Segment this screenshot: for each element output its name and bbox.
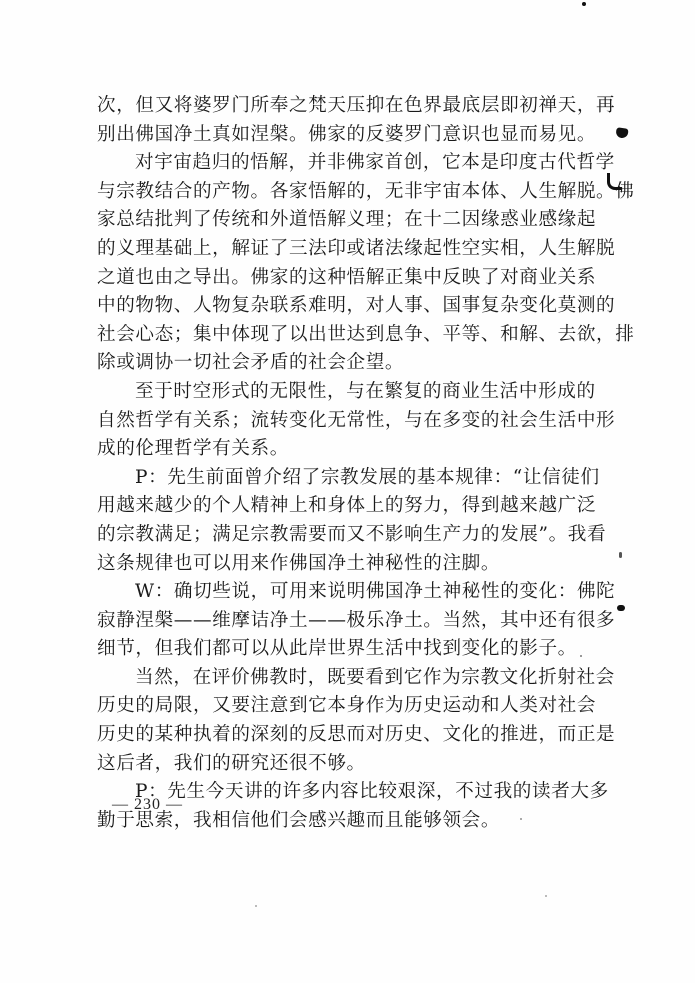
text-line: 这条规律也可以用来作佛国净土神秘性的注脚。	[97, 550, 567, 579]
text-line: 家总结批判了传统和外道悟解义理；在十二因缘惑业感缘起	[97, 206, 567, 235]
scan-speck	[545, 895, 547, 897]
scan-speck	[580, 655, 582, 657]
scan-blot	[607, 173, 622, 190]
text-line: 细节，但我们都可以从此岸世界生活中找到变化的影子。	[97, 635, 567, 664]
scan-speck	[619, 552, 622, 558]
text-line: 中的物物、人物复杂联系难明，对人事、国事复杂变化莫测的	[97, 292, 567, 321]
scan-blot	[615, 127, 628, 139]
scanned-page: 次，但又将婆罗门所奉之梵天压抑在色界最底层即初禅天，再 别出佛国净土真如涅槃。佛…	[0, 0, 695, 983]
text-line: 的宗教满足；满足宗教需要而又不影响生产力的发展”。我看	[97, 521, 567, 550]
text-line: 自然哲学有关系；流转变化无常性，与在多变的社会生活中形	[97, 407, 567, 436]
text-line: 除或调协一切社会矛盾的社会企望。	[97, 349, 567, 378]
scan-speck	[520, 818, 522, 820]
paragraph-start-line: P：先生前面曾介绍了宗教发展的基本规律：“让信徒们	[97, 464, 567, 493]
scan-blot	[617, 605, 625, 611]
text-line: 别出佛国净土真如涅槃。佛家的反婆罗门意识也显而易见。	[97, 121, 567, 150]
scan-speck	[582, 2, 586, 6]
text-line: 历史的某种执着的深刻的反思而对历史、文化的推进，而正是	[97, 721, 567, 750]
text-line: 用越来越少的个人精神上和身体上的努力，得到越来越广泛	[97, 492, 567, 521]
page-number: — 230 —	[112, 796, 183, 814]
scan-speck	[255, 905, 257, 907]
text-line: 之道也由之导出。佛家的这种悟解正集中反映了对商业关系	[97, 264, 567, 293]
paragraph-start-line: 当然，在评价佛教时，既要看到它作为宗教文化折射社会	[97, 664, 567, 693]
paragraph-start-line: W：确切些说，可用来说明佛国净土神秘性的变化：佛陀	[97, 578, 567, 607]
text-line: 社会心态；集中体现了以出世达到息争、平等、和解、去欲，排	[97, 321, 567, 350]
text-line: 次，但又将婆罗门所奉之梵天压抑在色界最底层即初禅天，再	[97, 92, 567, 121]
text-line: 的义理基础上，解证了三法印或诸法缘起性空实相，人生解脱	[97, 235, 567, 264]
paragraph-start-line: 至于时空形式的无限性，与在繁复的商业生活中形成的	[97, 378, 567, 407]
text-line: 历史的局限，又要注意到它本身作为历史运动和人类对社会	[97, 692, 567, 721]
paragraph-start-line: 对宇宙趋归的悟解，并非佛家首创，它本是印度古代哲学	[97, 149, 567, 178]
text-line: 与宗教结合的产物。各家悟解的，无非宇宙本体、人生解脱。佛	[97, 178, 567, 207]
text-line: 成的伦理哲学有关系。	[97, 435, 567, 464]
body-text: 次，但又将婆罗门所奉之梵天压抑在色界最底层即初禅天，再 别出佛国净土真如涅槃。佛…	[97, 92, 567, 835]
text-line: 寂静涅槃——维摩诘净土——极乐净土。当然，其中还有很多	[97, 607, 567, 636]
text-line: 这后者，我们的研究还很不够。	[97, 750, 567, 779]
